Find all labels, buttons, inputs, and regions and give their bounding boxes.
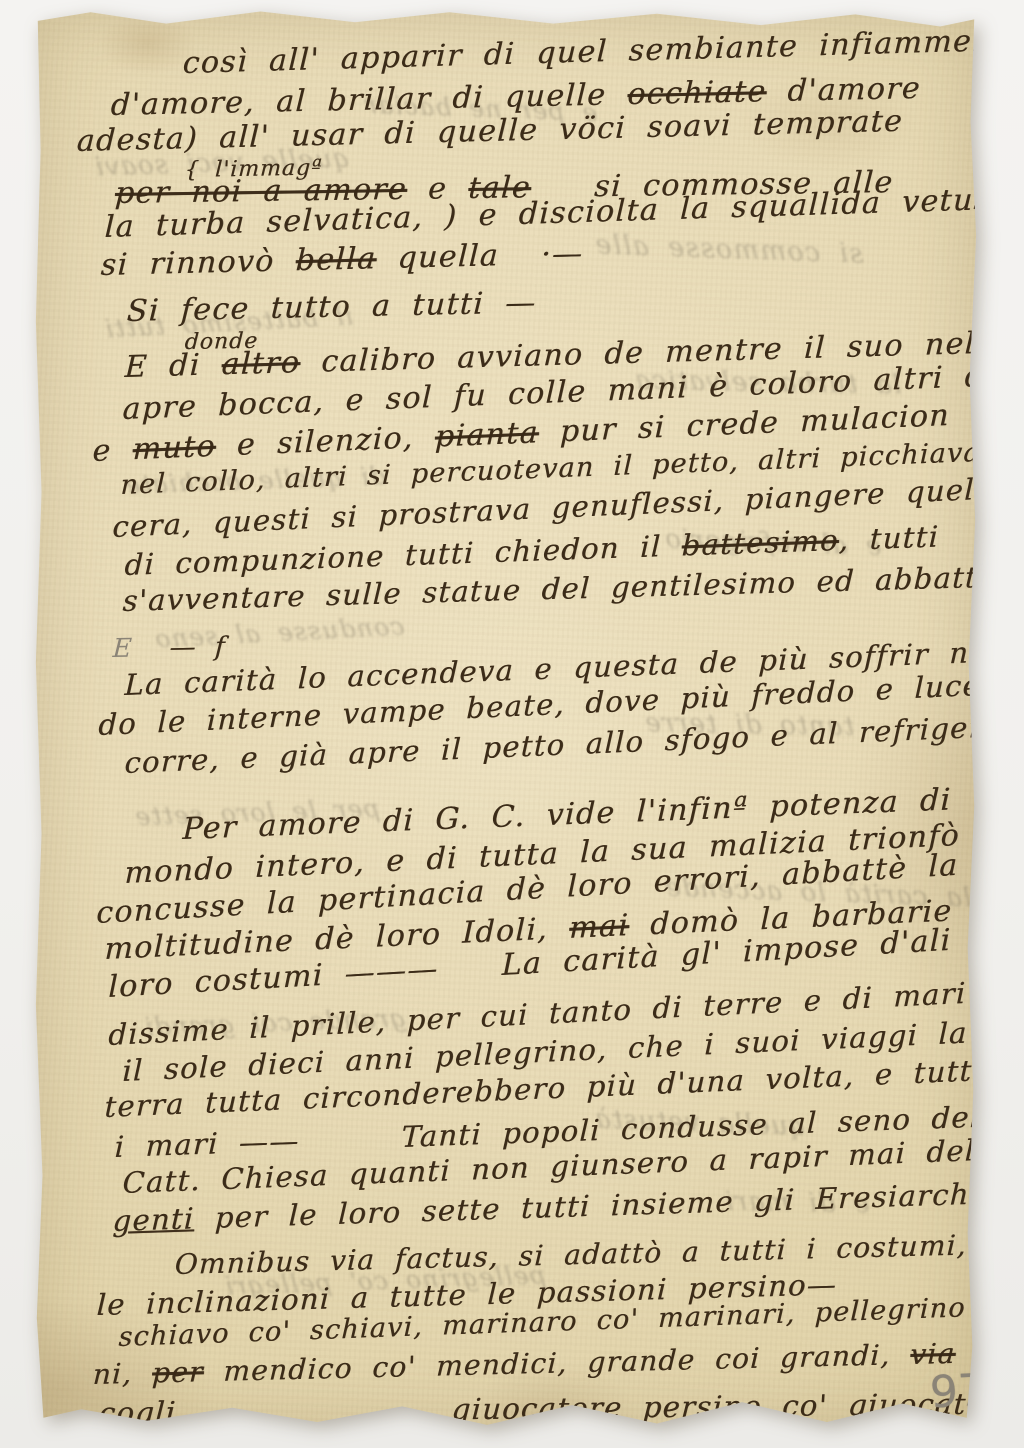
manuscript-line-17: E — 𝑓 [112,632,227,664]
manuscript-line-32: Omnibus via factus, si adattò a tutti i … [174,1225,1024,1281]
manuscript-line-36: cogli , giuocatore persino co' giuocator… [98,1386,1024,1430]
paper-sheet: quelle voci soavisi commosse alleil batt… [34,8,978,1432]
manuscript-line-8: Si fece tutto a tutti — [126,285,537,329]
manuscript-paper: quelle voci soavisi commosse alleil batt… [34,8,978,1432]
bleedthrough-line-16: se più e [413,1423,534,1448]
manuscript-line-7: si rinnovò bella quella ·— [100,236,584,283]
page-number: 97 [929,1365,988,1419]
scan-background: quelle voci soavisi commosse alleil batt… [0,0,1024,1448]
bleedthrough-line-2: si commosse alle [594,229,864,269]
